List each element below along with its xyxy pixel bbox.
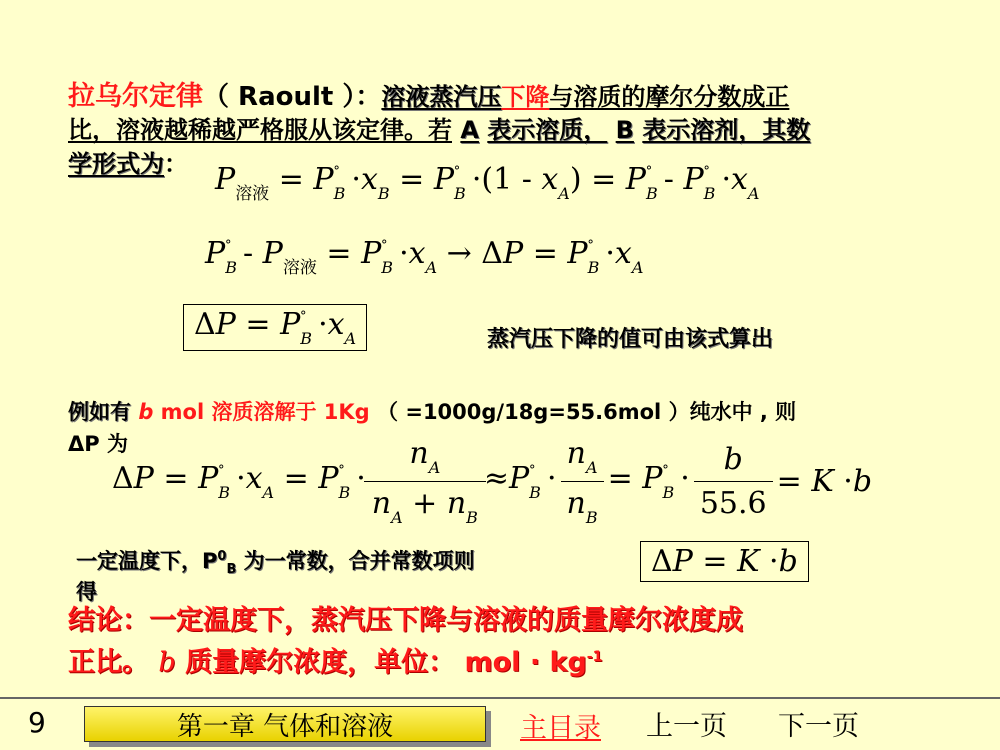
constant-text-b: 为一常数，合并常数项则 [236, 549, 474, 573]
intro-text-3: 学形式为 [68, 150, 164, 178]
prev-page-link[interactable]: 上一页 [646, 704, 727, 743]
example-line-1: 例如有 b mol 溶质溶解于 1Kg （ =1000g/18g=55.6mol… [68, 396, 796, 426]
equation-1: P溶液 = PB° ·xB = PB° ·(1 - xA) = PB° - PB… [215, 162, 759, 204]
conclusion-b: b [158, 647, 175, 678]
conclusion-text-a: 正比。 [68, 647, 149, 678]
intro-text-2c: 表示溶剂，其数 [642, 116, 810, 144]
intro-text-1b: 与溶质的摩尔分数成正 [549, 83, 789, 111]
conclusion-line-1: 结论：一定温度下，蒸汽压下降与溶液的质量摩尔浓度成 [68, 598, 743, 637]
footer-divider [0, 697, 1000, 699]
intro-symbol-a: A [460, 116, 479, 144]
conclusion-text-c: 质量摩尔浓度，单位： mol · kg [176, 647, 587, 678]
intro-symbol-b: B [616, 116, 634, 144]
intro-line-2: 比，溶液越稀越严格服从该定律。若 A 表示溶质， B 表示溶剂，其数 [68, 110, 810, 145]
constant-statement: 一定温度下，P0B 为一常数，合并常数项则 [76, 545, 475, 577]
intro-colon: ： [164, 150, 188, 178]
law-latin: （ Raoult ）： [203, 82, 381, 112]
chapter-title-button[interactable]: 第一章 气体和溶液 [84, 706, 486, 742]
example-prefix: 例如有 [68, 400, 131, 424]
conclusion-line-2: 正比。 b 质量摩尔浓度，单位： mol · kg-1 [68, 640, 602, 679]
boxed-equation-delta-p: ΔP = PB° ·xA [183, 304, 367, 351]
constant-text-a: 一定温度下， [76, 549, 202, 573]
intro-line-3: 学形式为： [68, 144, 188, 179]
boxed-equation-kb: ΔP = K ·b [640, 541, 809, 582]
fraction-na-over-nb: nA nB [561, 436, 604, 527]
next-page-link[interactable]: 下一页 [778, 704, 859, 743]
constant-p: P [202, 549, 217, 573]
intro-line-1: 拉乌尔定律（ Raoult ）：溶液蒸汽压下降与溶质的摩尔分数成正 [68, 74, 789, 113]
intro-text-1a: 溶液蒸汽压 [381, 83, 501, 111]
note-vapor-pressure: 蒸汽压下降的值可由该式算出 [487, 322, 773, 353]
constant-b: B [226, 562, 236, 577]
chapter-title: 第一章 气体和溶液 [177, 706, 393, 743]
intro-text-red: 下降 [501, 83, 549, 111]
equation-2: PB° - P溶液 = PB° ·xA → ΔP = PB° ·xA [205, 236, 643, 278]
fraction-na-over-sum: nA nA + nB [370, 436, 480, 527]
intro-text-2a: 比，溶液越稀越严格服从该定律。若 [68, 116, 452, 144]
equation-3: ΔP = PB° ·xA = PB° · nA nA + nB ≈PB° · n… [112, 436, 872, 527]
intro-text-2b: 表示溶质， [487, 116, 607, 144]
example-b: b [138, 400, 153, 424]
law-name: 拉乌尔定律 [68, 81, 203, 112]
page-number: 9 [28, 706, 46, 739]
main-menu-link[interactable]: 主目录 [520, 706, 601, 745]
example-red-text: mol 溶质溶解于 1Kg [153, 400, 369, 424]
example-paren: （ =1000g/18g=55.6mol ）纯水中 , 则 [377, 400, 796, 424]
conclusion-sup: -1 [587, 649, 603, 665]
fraction-b-over-55-6: b 55.6 [694, 442, 773, 521]
